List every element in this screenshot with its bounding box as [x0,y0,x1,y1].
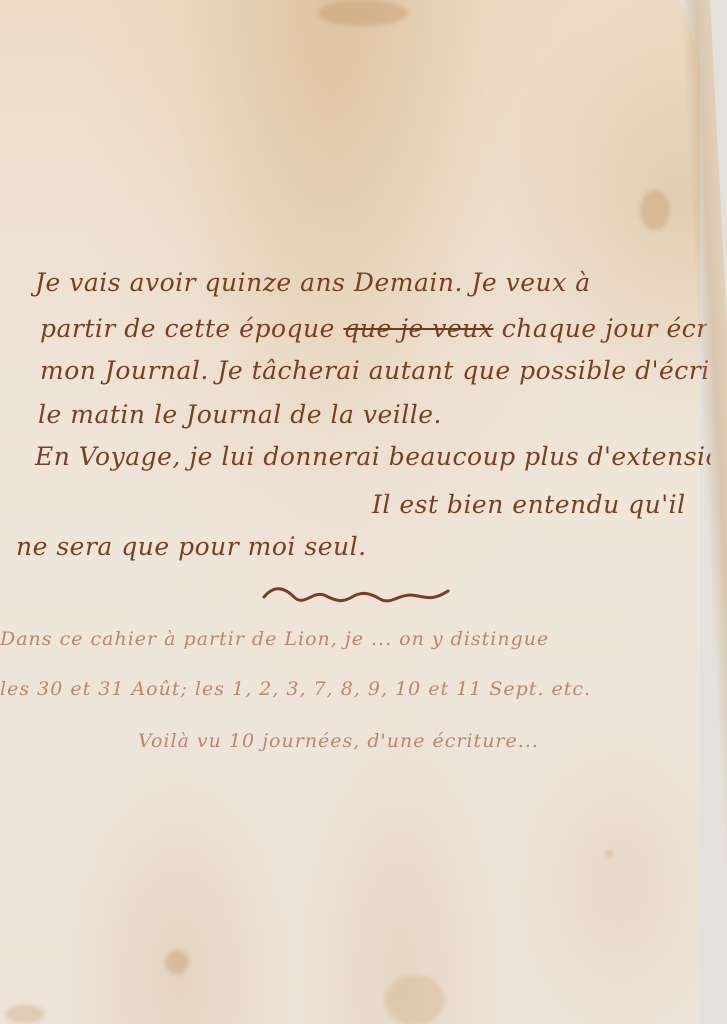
faded-note-line-2: les 30 et 31 Août; les 1, 2, 3, 7, 8, 9,… [0,678,591,700]
journal-line-3: mon Journal. Je tâcherai autant que poss… [40,356,727,385]
journal-line-2-start: partir de cette époque [40,314,343,343]
journal-line-7: ne sera que pour moi seul. [16,532,367,561]
journal-line-4: le matin le Journal de la veille. [38,400,442,429]
paper-stain [385,975,445,1024]
journal-line-1: Je vais avoir quinze ans Demain. Je veux… [35,268,591,297]
wavy-divider [262,583,450,609]
paper-stain [318,0,408,26]
paper-stain [165,950,189,974]
journal-page: Je vais avoir quinze ans Demain. Je veux… [0,0,700,1024]
faded-note-line-1: Dans ce cahier à partir de Lion, je ... … [0,628,549,650]
faded-note-line-3: Voilà vu 10 journées, d'une écriture... [138,730,539,752]
paper-stain [5,1005,45,1023]
journal-line-2-end: chaque jour écrire [493,314,727,343]
journal-line-2: partir de cette époque que je veux chaqu… [40,314,727,343]
journal-line-6: Il est bien entendu qu'il [372,490,686,519]
paper-stain [640,190,670,230]
paper-stain [605,850,613,858]
journal-line-5: En Voyage, je lui donnerai beaucoup plus… [35,442,727,471]
struck-out-text: que je veux [343,314,493,343]
